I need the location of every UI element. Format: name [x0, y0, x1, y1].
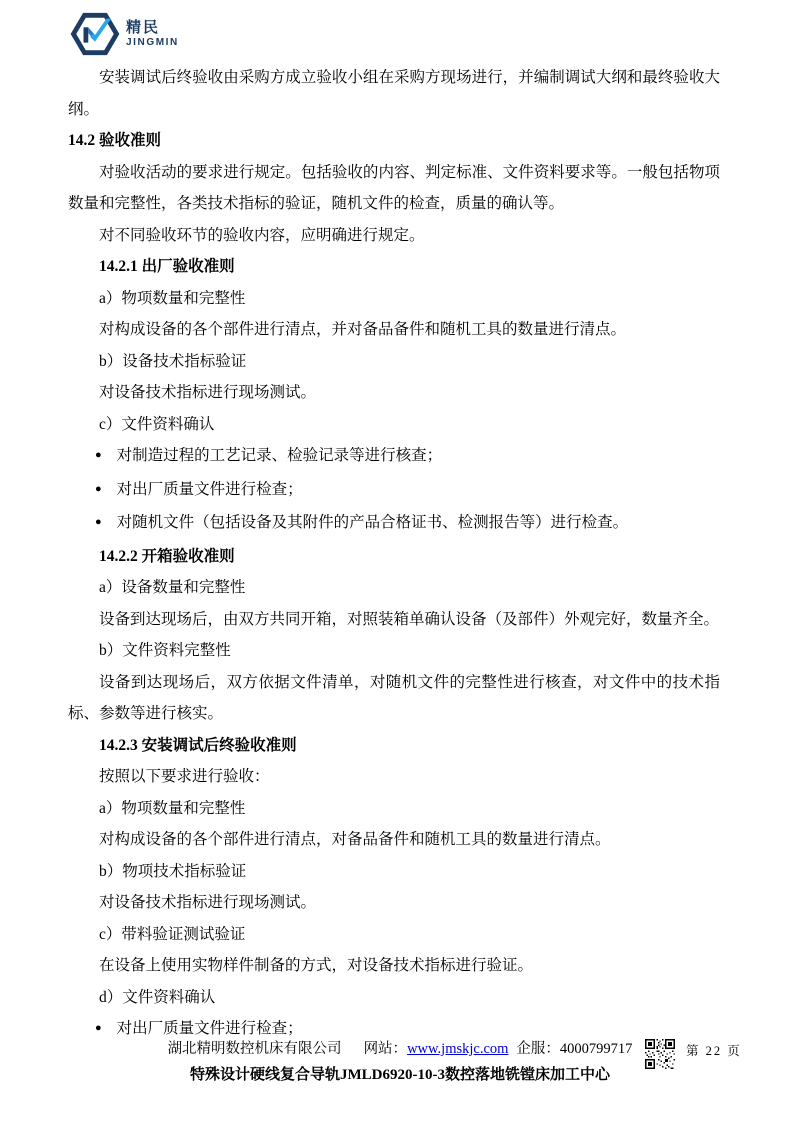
list-item-b: b）物项技术指标验证: [68, 856, 720, 888]
company-name: 湖北精明数控机床有限公司: [168, 1041, 342, 1057]
brand-name-cn: 精民: [126, 20, 179, 35]
list-item-c: c）文件资料确认: [68, 409, 720, 441]
bullet-list-item: ● 对出厂质量文件进行检查；: [95, 474, 720, 508]
paragraph: 对构成设备的各个部件进行清点，对备品备件和随机工具的数量进行清点。: [68, 824, 720, 856]
jingmin-logo: 精民 JINGMIN: [70, 10, 179, 58]
list-item-a: a）物项数量和完整性: [68, 793, 720, 825]
service-label: 企服：: [516, 1041, 560, 1057]
logo-hexagon-icon: [70, 11, 120, 57]
heading-14-2-2: 14.2.2 开箱验收准则: [68, 541, 720, 573]
footer-product-line: 特殊设计硬线复合导轨JMLD6920-10-3数控落地铣镗床加工中心: [0, 1062, 800, 1088]
website-link[interactable]: www.jmskjc.com: [407, 1041, 508, 1057]
paragraph: 对设备技术指标进行现场测试。: [68, 887, 720, 919]
heading-14-2: 14.2 验收准则: [68, 125, 720, 157]
paragraph: 设备到达现场后，双方依据文件清单，对随机文件的完整性进行核查，对文件中的技术指标…: [68, 667, 720, 730]
bullet-icon: ●: [95, 507, 102, 539]
heading-14-2-1: 14.2.1 出厂验收准则: [68, 251, 720, 283]
brand-name-en: JINGMIN: [126, 38, 179, 48]
heading-14-2-3: 14.2.3 安装调试后终验收准则: [68, 730, 720, 762]
list-item-c: c）带料验证测试验证: [68, 919, 720, 951]
page-footer: 湖北精明数控机床有限公司网站：www.jmskjc.com企服：40007997…: [0, 1036, 800, 1088]
bullet-icon: ●: [95, 474, 102, 506]
paragraph: 设备到达现场后，由双方共同开箱，对照装箱单确认设备（及部件）外观完好，数量齐全。: [68, 604, 720, 636]
website-label: 网站：: [364, 1041, 408, 1057]
list-item-b: b）设备技术指标验证: [68, 346, 720, 378]
footer-company-line: 湖北精明数控机床有限公司网站：www.jmskjc.com企服：40007997…: [0, 1036, 800, 1062]
bullet-text: 对制造过程的工艺记录、检验记录等进行核查；: [117, 440, 443, 472]
paragraph: 在设备上使用实物样件制备的方式，对设备技术指标进行验证。: [68, 950, 720, 982]
page-number: 第 22 页: [686, 1041, 742, 1059]
bullet-text: 对出厂质量文件进行检查；: [117, 474, 303, 506]
paragraph: 对设备技术指标进行现场测试。: [68, 377, 720, 409]
paragraph: 对验收活动的要求进行规定。包括验收的内容、判定标准、文件资料要求等。一般包括物项…: [68, 157, 720, 220]
paragraph: 对不同验收环节的验收内容，应明确进行规定。: [68, 220, 720, 252]
bullet-list-item: ● 对制造过程的工艺记录、检验记录等进行核查；: [95, 440, 720, 474]
list-item-a: a）物项数量和完整性: [68, 283, 720, 315]
bullet-icon: ●: [95, 440, 102, 472]
list-item-b: b）文件资料完整性: [68, 635, 720, 667]
document-body: 安装调试后终验收由采购方成立验收小组在采购方现场进行，并编制调试大纲和最终验收大…: [68, 62, 720, 1047]
list-item-d: d）文件资料确认: [68, 982, 720, 1014]
paragraph-intro: 安装调试后终验收由采购方成立验收小组在采购方现场进行，并编制调试大纲和最终验收大…: [68, 62, 720, 125]
bullet-text: 对随机文件（包括设备及其附件的产品合格证书、检测报告等）进行检查。: [117, 507, 629, 539]
service-number: 4000799717: [560, 1041, 633, 1057]
bullet-list-item: ● 对随机文件（包括设备及其附件的产品合格证书、检测报告等）进行检查。: [95, 507, 720, 541]
qr-code-icon: [645, 1038, 675, 1070]
document-page: 精民 JINGMIN 安装调试后终验收由采购方成立验收小组在采购方现场进行，并编…: [0, 0, 800, 1133]
paragraph: 对构成设备的各个部件进行清点，并对备品备件和随机工具的数量进行清点。: [68, 314, 720, 346]
logo-wordmark: 精民 JINGMIN: [126, 20, 179, 48]
paragraph: 按照以下要求进行验收：: [68, 761, 720, 793]
list-item-a: a）设备数量和完整性: [68, 572, 720, 604]
